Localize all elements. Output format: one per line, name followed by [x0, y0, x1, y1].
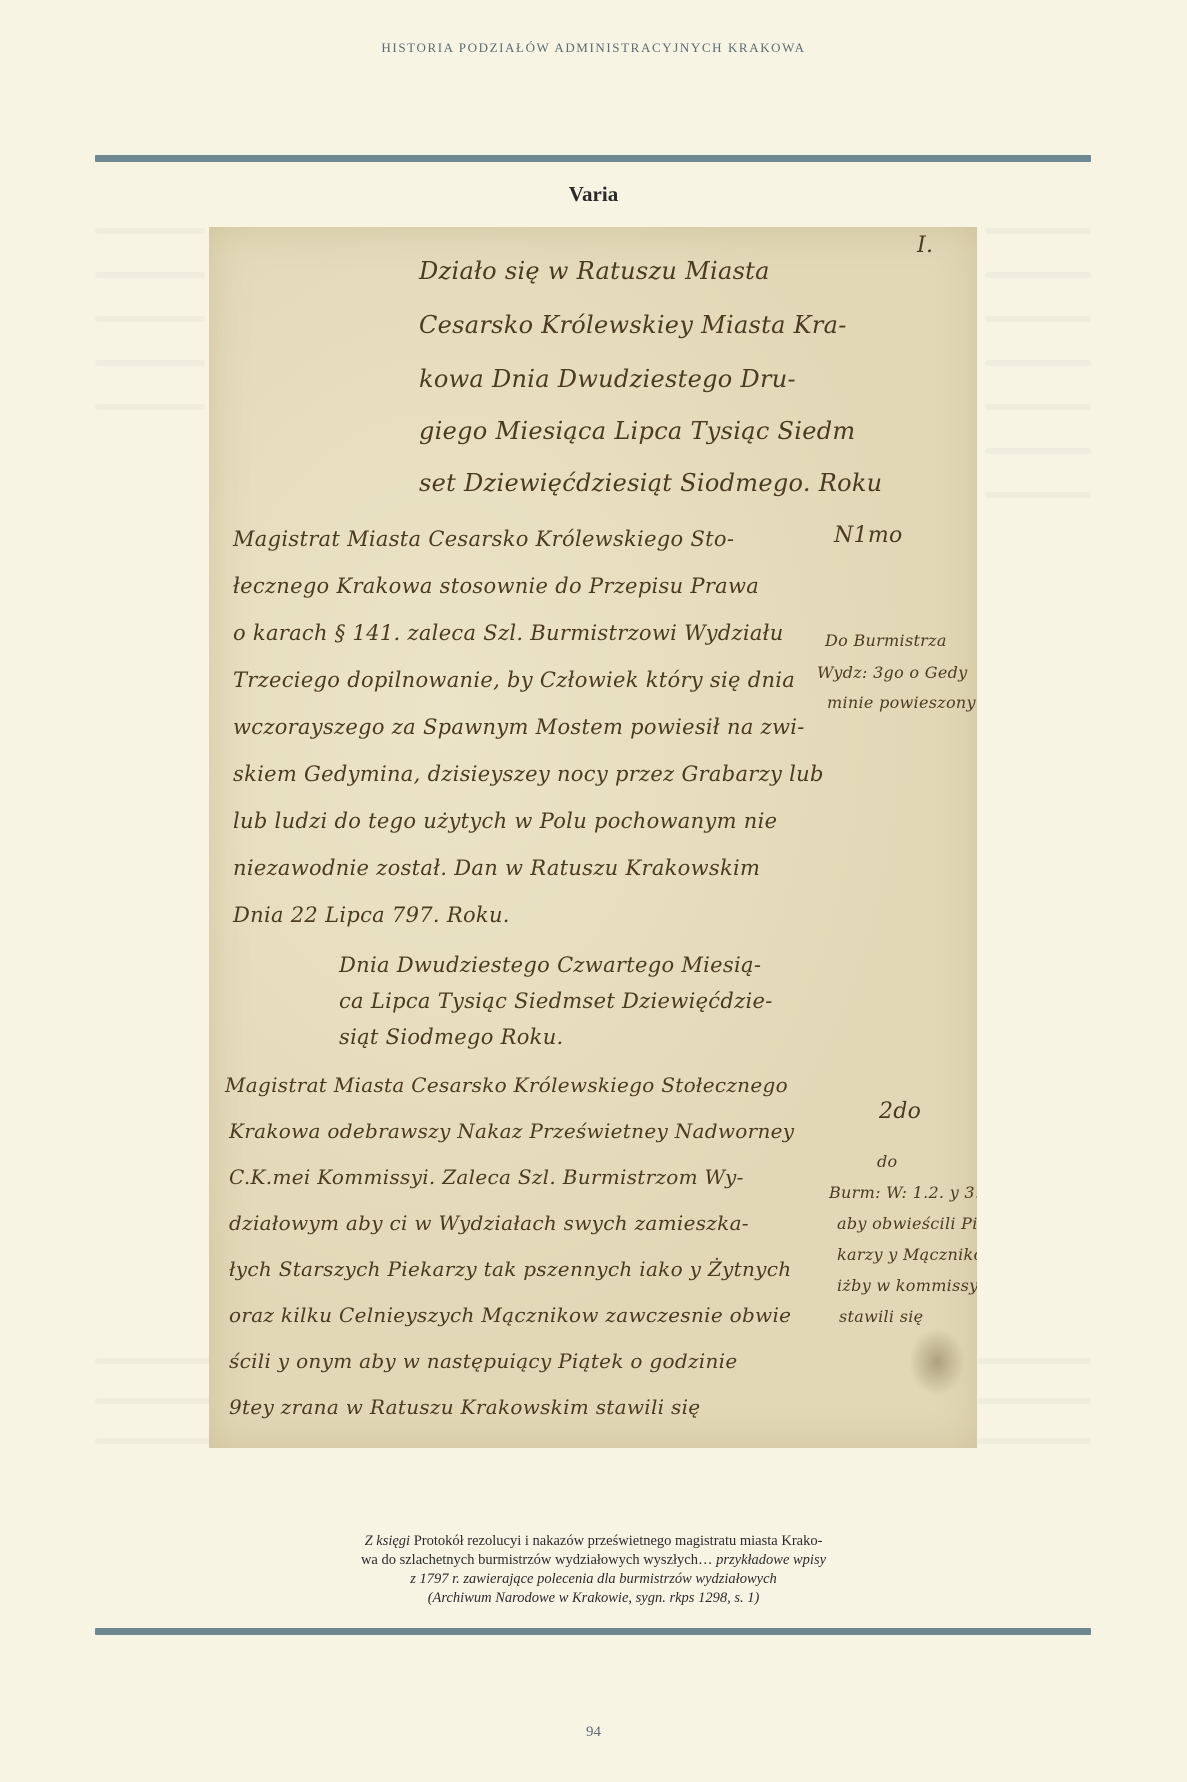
caption-title-part: wa do szlachetnych burmistrzów wydziałow…	[361, 1552, 713, 1568]
caption-title-part: Protokół rezolucyi i nakazów prześwietne…	[414, 1533, 823, 1549]
caption-prefix: Z księgi	[365, 1533, 414, 1549]
page-number: 94	[0, 1724, 1187, 1741]
date2-line: siąt Siodmego Roku.	[339, 1025, 564, 1049]
entry2-line: łych Starszych Piekarzy tak pszennych ia…	[229, 1257, 791, 1281]
heading-line: Cesarsko Królewskiey Miasta Kra-	[419, 311, 847, 339]
entry2-line: działowym aby ci w Wydziałach swych zami…	[229, 1211, 749, 1235]
caption-description: z 1797 r. zawierające polecenia dla burm…	[410, 1571, 777, 1587]
entry2-margin-note: karzy y Mącznikow	[837, 1245, 977, 1264]
entry1-line: niezawodnie został. Dan w Ratuszu Krakow…	[233, 856, 760, 880]
entry2-line: oraz kilku Celnieyszych Mącznikow zawcze…	[229, 1303, 791, 1327]
entry1-line: łecznego Krakowa stosownie do Przepisu P…	[233, 574, 759, 598]
entry1-line: Magistrat Miasta Cesarsko Królewskiego S…	[233, 527, 734, 551]
caption-line-2: wa do szlachetnych burmistrzów wydziałow…	[280, 1551, 907, 1570]
heading-line: kowa Dnia Dwudziestego Dru-	[419, 365, 796, 393]
caption-description: przykładowe wpisy	[712, 1552, 826, 1568]
entry1-line: Dnia 22 Lipca 797. Roku.	[233, 903, 510, 927]
entry2-margin-note: Burm: W: 1.2. y 3.	[829, 1183, 977, 1202]
entry1-line: o karach § 141. zaleca Szl. Burmistrzowi…	[233, 621, 784, 645]
date2-line: ca Lipca Tysiąc Siedmset Dziewięćdzie-	[339, 989, 773, 1013]
caption-line-3: z 1797 r. zawierające polecenia dla burm…	[280, 1570, 907, 1589]
entry1-margin-number: N1mo	[834, 523, 903, 548]
date2-line: Dnia Dwudziestego Czwartego Miesią-	[339, 953, 761, 977]
entry1-line: Trzeciego dopilnowanie, by Człowiek któr…	[233, 668, 795, 692]
heading-line: giego Miesiąca Lipca Tysiąc Siedm	[419, 417, 855, 445]
heading-line: Działo się w Ratuszu Miasta	[419, 257, 770, 285]
section-title: Varia	[0, 182, 1187, 207]
entry2-margin-note: iżby w kommissyi	[837, 1276, 977, 1295]
entry1-line: wczorayszego za Spawnym Mostem powiesił …	[233, 715, 805, 739]
entry2-line: Krakowa odebrawszy Nakaz Prześwietney Na…	[229, 1119, 794, 1143]
heading-line: set Dziewięćdziesiąt Siodmego. Roku	[419, 469, 882, 497]
entry2-margin-note: stawili się	[839, 1307, 923, 1326]
entry2-line: C.K.mei Kommissyi. Zaleca Szl. Burmistrz…	[229, 1165, 744, 1189]
entry1-margin-note: Wydz: 3go o Gedy	[817, 663, 967, 682]
running-head: HISTORIA PODZIAŁÓW ADMINISTRACYJNYCH KRA…	[0, 40, 1187, 56]
entry2-margin-note: aby obwieścili Pie	[837, 1214, 977, 1233]
figure-caption: Z księgi Protokół rezolucyi i nakazów pr…	[280, 1532, 907, 1608]
top-rule	[95, 155, 1091, 162]
entry1-line: skiem Gedymina, dzisieyszey nocy przez G…	[233, 762, 824, 786]
bottom-rule	[95, 1628, 1091, 1635]
entry1-line: lub ludzi do tego użytych w Polu pochowa…	[233, 809, 777, 833]
manuscript-photo: I. Działo się w Ratuszu Miasta Cesarsko …	[209, 227, 977, 1448]
caption-source: (Archiwum Narodowe w Krakowie, sygn. rkp…	[428, 1590, 760, 1606]
caption-line-1: Z księgi Protokół rezolucyi i nakazów pr…	[280, 1532, 907, 1551]
manuscript-page-marker: I.	[917, 233, 933, 258]
entry2-margin-note: do	[877, 1152, 897, 1171]
entry1-margin-note: minie powieszonym	[827, 693, 977, 712]
entry2-line: Magistrat Miasta Cesarsko Królewskiego S…	[225, 1073, 788, 1097]
entry1-margin-note: Do Burmistrza	[825, 631, 947, 650]
entry2-line: ścili y onym aby w następuiący Piątek o …	[229, 1349, 738, 1373]
caption-line-4: (Archiwum Narodowe w Krakowie, sygn. rkp…	[280, 1589, 907, 1608]
entry2-line: 9tey zrana w Ratuszu Krakowskim stawili …	[229, 1395, 700, 1419]
entry2-margin-number: 2do	[879, 1099, 921, 1124]
